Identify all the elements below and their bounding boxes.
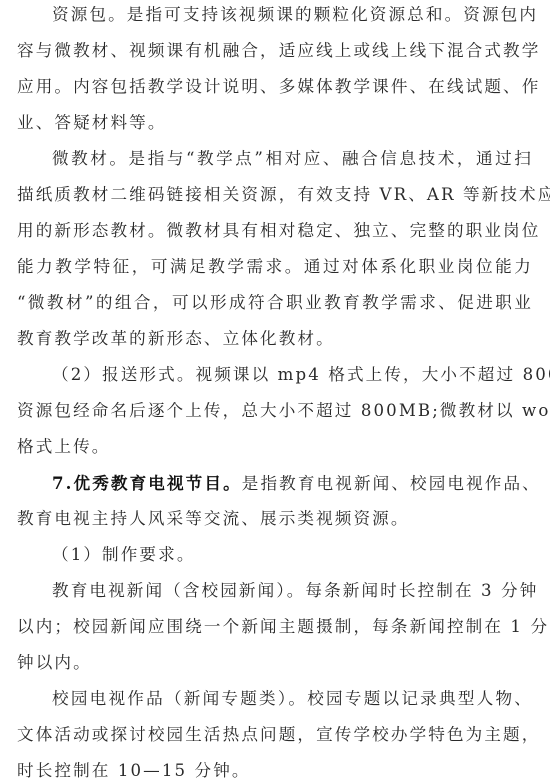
paragraph-resource-pack-line-4: 业、答疑材料等。 — [17, 112, 533, 134]
paragraph-micro-textbook-line-1: 微教材。是指与“教学点”相对应、融合信息技术，通过扫 — [52, 148, 533, 170]
paragraph-tv-news-line-1: 教育电视新闻（含校园新闻）。每条新闻时长控制在 3 分钟 — [52, 580, 533, 602]
paragraph-micro-textbook-line-5: “微教材”的组合，可以形成符合职业教育教学需求、促进职业 — [17, 292, 533, 314]
paragraph-production-requirements: （1）制作要求。 — [52, 544, 533, 566]
paragraph-campus-tv-works-line-2: 文体活动或探讨校园生活热点问题，宣传学校办学特色为主题， — [17, 724, 533, 746]
paragraph-micro-textbook-line-6: 教育教学改革的新形态、立体化教材。 — [17, 328, 533, 350]
paragraph-tv-news-line-3: 钟以内。 — [17, 652, 533, 674]
paragraph-tv-news-line-2: 以内；校园新闻应围绕一个新闻主题摄制，每条新闻控制在 1 分 — [17, 616, 533, 638]
paragraph-micro-textbook-line-2: 描纸质教材二维码链接相关资源，有效支持 VR、AR 等新技术应 — [17, 184, 533, 206]
paragraph-submission-format-line-1: （2）报送形式。视频课以 mp4 格式上传，大小不超过 800MB; — [52, 364, 533, 386]
paragraph-resource-pack-line-1: 资源包。是指可支持该视频课的颗粒化资源总和。资源包内 — [52, 4, 533, 26]
section-heading: 7.优秀教育电视节目。 — [52, 473, 242, 493]
document-page: 资源包。是指可支持该视频课的颗粒化资源总和。资源包内 容与微教材、视频课有机融合… — [0, 0, 550, 778]
paragraph-campus-tv-works-line-1: 校园电视作品（新闻专题类）。校园专题以记录典型人物、 — [52, 688, 533, 710]
paragraph-tv-programs-line-1: 7.优秀教育电视节目。是指教育电视新闻、校园电视作品、 — [52, 472, 533, 494]
paragraph-tv-programs-line-2: 教育电视主持人风采等交流、展示类视频资源。 — [17, 508, 533, 530]
paragraph-micro-textbook-line-3: 用的新形态教材。微教材具有相对稳定、独立、完整的职业岗位 — [17, 220, 533, 242]
paragraph-resource-pack-line-2: 容与微教材、视频课有机融合，适应线上或线上线下混合式教学 — [17, 40, 533, 62]
section-heading-description: 是指教育电视新闻、校园电视作品、 — [242, 474, 541, 493]
paragraph-campus-tv-works-line-3: 时长控制在 10—15 分钟。 — [17, 760, 533, 778]
paragraph-submission-format-line-3: 格式上传。 — [17, 436, 533, 458]
paragraph-micro-textbook-line-4: 能力教学特征，可满足教学需求。通过对体系化职业岗位能力 — [17, 256, 533, 278]
paragraph-submission-format-line-2: 资源包经命名后逐个上传，总大小不超过 800MB;微教材以 word — [17, 400, 533, 422]
paragraph-resource-pack-line-3: 应用。内容包括教学设计说明、多媒体教学课件、在线试题、作 — [17, 76, 533, 98]
